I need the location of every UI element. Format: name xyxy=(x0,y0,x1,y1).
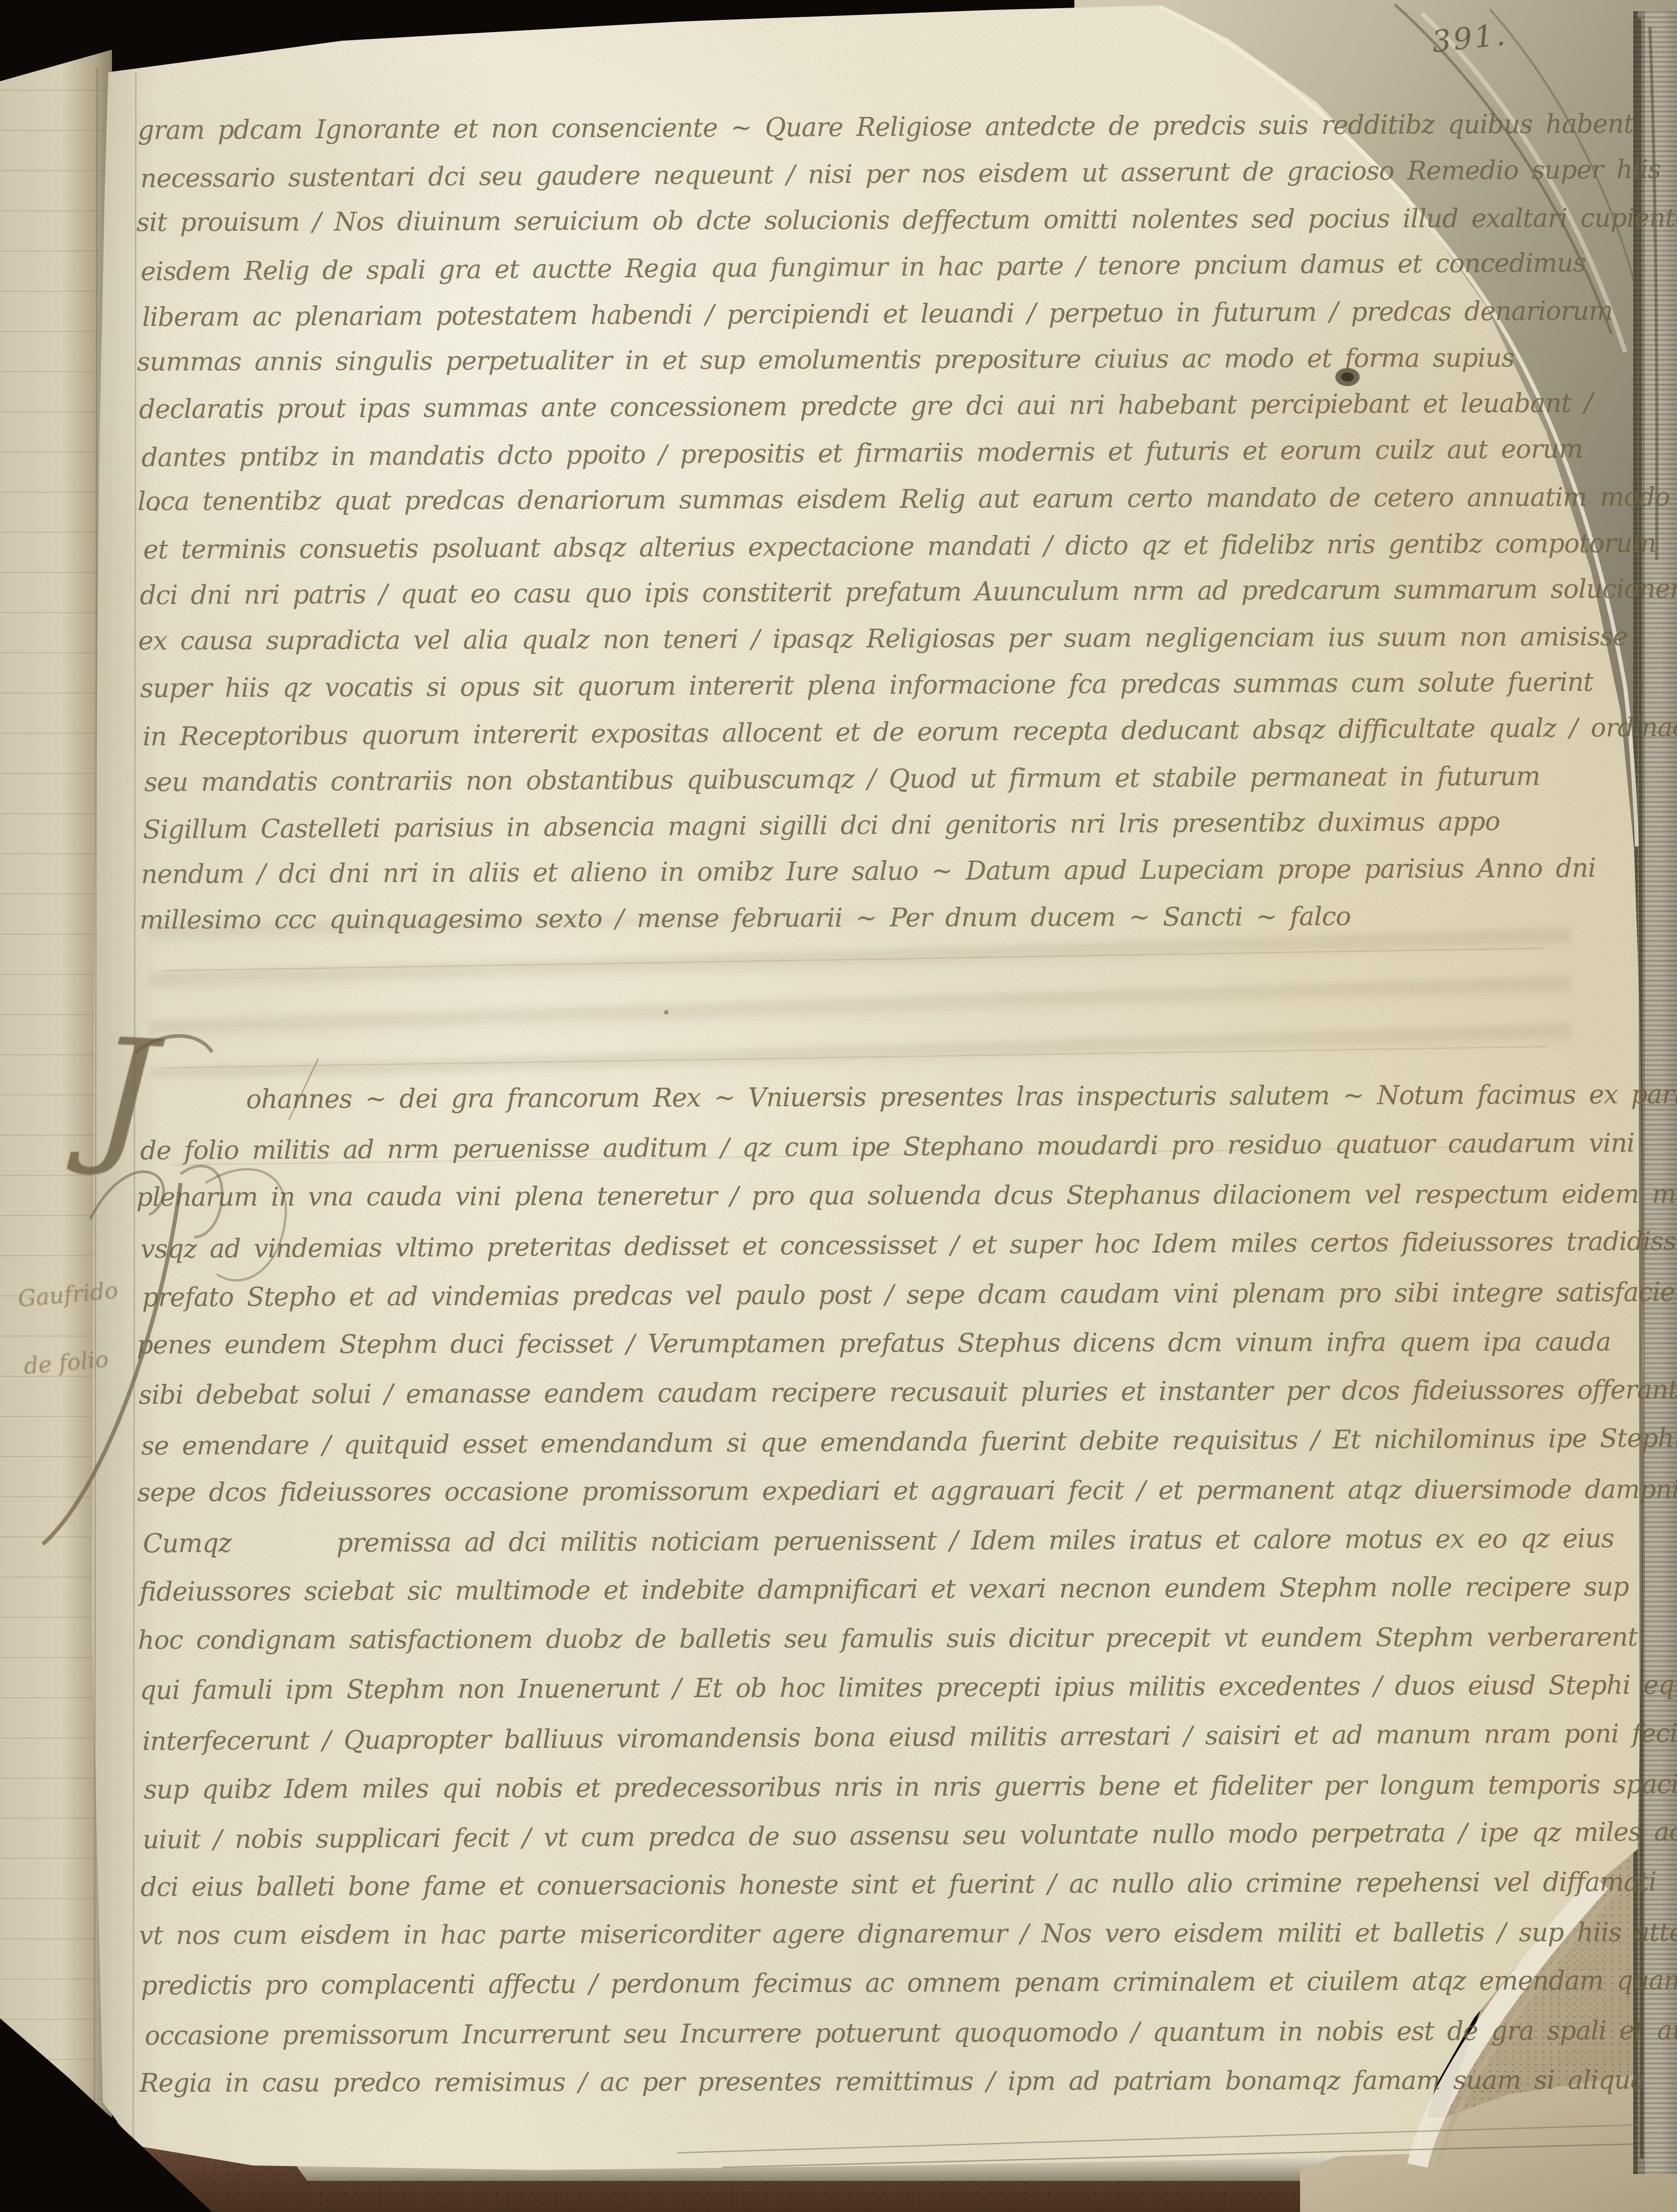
text-line: uiuit / nobis supplicari fecit / vt cum … xyxy=(143,1808,1606,1865)
text-line: ohannes ~ dei gra francorum Rex ~ Vniuer… xyxy=(138,1071,1600,1125)
text-line: Cumqz premissa ad dci militis noticiam p… xyxy=(143,1514,1605,1569)
text-line: Regia in casu predco remisimus / ac per … xyxy=(139,2056,1602,2108)
text-line: sit prouisum / Nos diuinum seruicium ob … xyxy=(136,195,1581,246)
text-line: dci dni nri patris / quat eo casu quo ip… xyxy=(139,566,1584,619)
text-line: vt nos cum eisdem in hac parte misericor… xyxy=(139,1908,1602,1961)
text-line: eisdem Relig de spali gra et auctte Regi… xyxy=(140,240,1585,295)
text-line: seu mandatis contrariis non obstantibus … xyxy=(144,753,1589,806)
text-line: et terminis consuetis psoluant absqz alt… xyxy=(143,521,1588,573)
manuscript-photo-canvas: { "document": { "folio_number": "391.", … xyxy=(0,0,1677,2212)
text-line: hoc condignam satisfactionem duobz de ba… xyxy=(138,1613,1600,1665)
text-line: sibi debebat solui / emanasse eandem cau… xyxy=(139,1366,1601,1420)
margin-note-line: Gaufrido xyxy=(15,1257,121,1333)
text-line: qui famuli ipm Stephm non Inuenerunt / E… xyxy=(140,1661,1603,1715)
text-line: se emendare / quitquid esset emendandum … xyxy=(141,1414,1604,1471)
margin-note: Gaufrido de folio xyxy=(15,1257,127,1400)
text-line: dantes pntibz in mandatis dcto ppoito / … xyxy=(141,426,1586,481)
charter-1-text-block: gram pdcam Ignorante et non consenciente… xyxy=(138,101,1586,945)
text-line: nendum / dci dni nri in aliis et alieno … xyxy=(141,845,1585,898)
text-line: interfecerunt / Quapropter balliuus viro… xyxy=(142,1709,1605,1766)
text-line: gram pdcam Ignorante et non consenciente… xyxy=(138,101,1582,154)
text-line: occasione premissorum Incurrerunt seu In… xyxy=(144,2007,1607,2061)
text-line: ex causa supradicta vel alia qualz non t… xyxy=(138,614,1583,664)
text-line: vsqz ad vindemias vltimo preteritas dedi… xyxy=(140,1217,1603,1274)
text-line: Sigillum Castelleti parisius in absencia… xyxy=(143,798,1588,853)
text-line: loca tenentibz quat predcas denariorum s… xyxy=(138,474,1582,525)
text-line: in Receptoribus quorum intererit exposit… xyxy=(143,705,1588,760)
text-line: penes eundem Stephm duci fecisset / Veru… xyxy=(137,1318,1599,1370)
text-line: dci eius balleti bone fame et conuersaci… xyxy=(140,1858,1603,1912)
text-line: plenarum in vna cauda vini plena teneret… xyxy=(136,1170,1599,1222)
text-line: declaratis prout ipas summas ante conces… xyxy=(139,380,1584,433)
text-line: fideiussores sciebat sic multimode et in… xyxy=(139,1563,1602,1617)
margin-note-line: de folio xyxy=(21,1324,127,1400)
text-line: prefato Stepho et ad vindemias predcas v… xyxy=(142,1268,1605,1323)
text-line: predictis pro complacenti affectu / perd… xyxy=(141,1956,1603,2011)
text-line: de folio militis ad nrm peruenisse audit… xyxy=(140,1119,1603,1176)
text-line: sepe dcos fideiussores occasione promiss… xyxy=(137,1465,1600,1518)
text-line: super hiis qz vocatis si opus sit quorum… xyxy=(140,659,1584,712)
text-line: sup quibz Idem miles qui nobis et predec… xyxy=(144,1760,1606,1815)
text-line: millesimo ccc quinquagesimo sexto / mens… xyxy=(139,893,1584,943)
text-line: liberam ac plenariam potestatem habendi … xyxy=(142,288,1587,341)
text-line: summas annis singulis perpetualiter in e… xyxy=(137,335,1581,385)
text-line: necessario sustentari dci seu gaudere ne… xyxy=(140,147,1585,202)
charter-2-text-block: ohannes ~ dei gra francorum Rex ~ Vniuer… xyxy=(138,1071,1604,2109)
